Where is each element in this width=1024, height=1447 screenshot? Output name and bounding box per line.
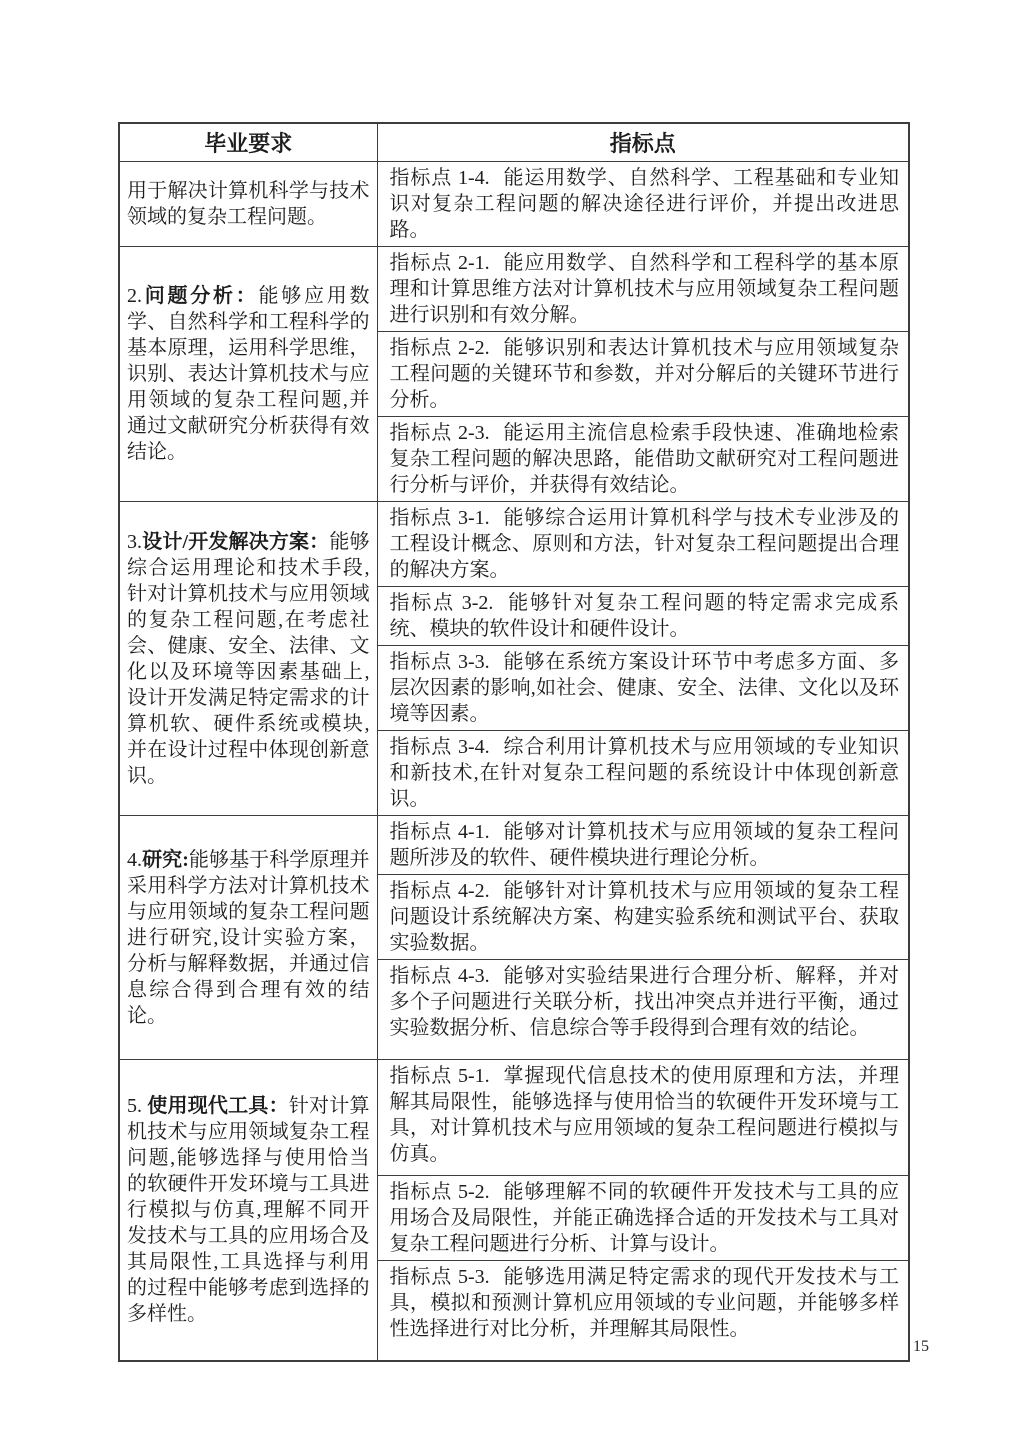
requirement-cell-2: 2.问题分析：能够应用数学、自然科学和工程科学的基本原理，运用科学思维，识别、表…: [119, 247, 377, 502]
header-graduation-requirements: 毕业要求: [119, 123, 377, 162]
indicator-label: 指标点 3-2.: [390, 592, 494, 614]
indicator-label: 指标点 2-1.: [390, 252, 490, 274]
table-header-row: 毕业要求 指标点: [119, 123, 909, 162]
indicator-label: 指标点 5-1.: [390, 1065, 490, 1087]
table-row: 4.研究:能够基于科学原理并采用科学方法对计算机技术与应用领域的复杂工程问题进行…: [119, 816, 909, 875]
indicator-cell-2-3: 指标点 2-3.能运用主流信息检索手段快速、准确地检索复杂工程问题的解决思路，能…: [377, 417, 909, 502]
indicator-label: 指标点 1-4.: [390, 167, 490, 189]
table-row: 5. 使用现代工具：针对计算机技术与应用领域复杂工程问题,能够选择与使用恰当的软…: [119, 1060, 909, 1176]
table-row: 用于解决计算机科学与技术领域的复杂工程问题。 指标点 1-4.能运用数学、自然科…: [119, 162, 909, 247]
indicator-cell-5-2: 指标点 5-2.能够理解不同的软硬件开发技术与工具的应用场合及局限性，并能正确选…: [377, 1176, 909, 1261]
requirement-title: 设计/开发解决方案：: [142, 531, 329, 553]
requirement-cell-4: 4.研究:能够基于科学原理并采用科学方法对计算机技术与应用领域的复杂工程问题进行…: [119, 816, 377, 1060]
requirement-text: 用于解决计算机科学与技术领域的复杂工程问题。: [127, 180, 370, 228]
indicator-label: 指标点 3-3.: [390, 651, 490, 673]
requirement-title: 问题分析：: [142, 285, 259, 307]
table-row: 2.问题分析：能够应用数学、自然科学和工程科学的基本原理，运用科学思维，识别、表…: [119, 247, 909, 332]
indicator-cell-3-1: 指标点 3-1.能够综合运用计算机科学与技术专业涉及的工程设计概念、原则和方法，…: [377, 502, 909, 587]
requirement-title: 使用现代工具：: [147, 1095, 289, 1117]
indicator-label: 指标点 5-3.: [390, 1266, 490, 1288]
indicator-cell-2-2: 指标点 2-2.能够识别和表达计算机技术与应用领域复杂工程问题的关键环节和参数，…: [377, 332, 909, 417]
requirement-prefix: 2.: [127, 285, 142, 307]
indicator-label: 指标点 3-4.: [390, 736, 490, 758]
indicator-cell-4-3: 指标点 4-3.能够对实验结果进行合理分析、解释，并对多个子问题进行关联分析，找…: [377, 960, 909, 1060]
indicator-label: 指标点 2-3.: [390, 422, 490, 444]
requirement-text: 能够基于科学原理并采用科学方法对计算机技术与应用领域的复杂工程问题进行研究,设计…: [127, 849, 370, 1027]
indicator-cell-5-3: 指标点 5-3.能够选用满足特定需求的现代开发技术与工具，模拟和预测计算机应用领…: [377, 1261, 909, 1361]
indicator-cell-3-2: 指标点 3-2.能够针对复杂工程问题的特定需求完成系统、模块的软件设计和硬件设计…: [377, 587, 909, 646]
indicator-cell-4-1: 指标点 4-1.能够对计算机技术与应用领域的复杂工程问题所涉及的软件、硬件模块进…: [377, 816, 909, 875]
requirement-text: 能够应用数学、自然科学和工程科学的基本原理，运用科学思维，识别、表达计算机技术与…: [127, 285, 370, 463]
requirement-title: 研究:: [142, 849, 189, 871]
indicator-label: 指标点 4-2.: [390, 880, 490, 902]
requirements-indicators-table: 毕业要求 指标点 用于解决计算机科学与技术领域的复杂工程问题。 指标点 1-4.…: [118, 122, 910, 1362]
indicator-cell-3-4: 指标点 3-4.综合利用计算机技术与应用领域的专业知识和新技术,在针对复杂工程问…: [377, 731, 909, 816]
indicator-label: 指标点 3-1.: [390, 507, 490, 529]
indicator-cell-1-4: 指标点 1-4.能运用数学、自然科学、工程基础和专业知识对复杂工程问题的解决途径…: [377, 162, 909, 247]
table-row: 3.设计/开发解决方案：能够综合运用理论和技术手段,针对计算机技术与应用领域的复…: [119, 502, 909, 587]
requirement-cell-1: 用于解决计算机科学与技术领域的复杂工程问题。: [119, 162, 377, 247]
requirement-prefix: 5.: [127, 1095, 147, 1117]
requirement-cell-5: 5. 使用现代工具：针对计算机技术与应用领域复杂工程问题,能够选择与使用恰当的软…: [119, 1060, 377, 1361]
indicator-cell-5-1: 指标点 5-1.掌握现代信息技术的使用原理和方法，并理解其局限性，能够选择与使用…: [377, 1060, 909, 1176]
indicator-cell-3-3: 指标点 3-3.能够在系统方案设计环节中考虑多方面、多层次因素的影响,如社会、健…: [377, 646, 909, 731]
document-page: 毕业要求 指标点 用于解决计算机科学与技术领域的复杂工程问题。 指标点 1-4.…: [0, 0, 1024, 1447]
requirement-cell-3: 3.设计/开发解决方案：能够综合运用理论和技术手段,针对计算机技术与应用领域的复…: [119, 502, 377, 816]
indicator-cell-4-2: 指标点 4-2.能够针对计算机技术与应用领域的复杂工程问题设计系统解决方案、构建…: [377, 875, 909, 960]
indicator-label: 指标点 4-1.: [390, 821, 490, 843]
header-indicator-points: 指标点: [377, 123, 909, 162]
requirement-prefix: 3.: [127, 531, 142, 553]
requirement-text: 能够综合运用理论和技术手段,针对计算机技术与应用领域的复杂工程问题,在考虑社会、…: [127, 531, 370, 787]
indicator-label: 指标点 5-2.: [390, 1181, 490, 1203]
indicator-cell-2-1: 指标点 2-1.能应用数学、自然科学和工程科学的基本原理和计算思维方法对计算机技…: [377, 247, 909, 332]
page-number: 15: [913, 1338, 929, 1356]
indicator-label: 指标点 4-3.: [390, 965, 490, 987]
indicator-label: 指标点 2-2.: [390, 337, 490, 359]
requirement-prefix: 4.: [127, 849, 142, 871]
requirement-text: 针对计算机技术与应用领域复杂工程问题,能够选择与使用恰当的软硬件开发环境与工具进…: [127, 1095, 370, 1325]
